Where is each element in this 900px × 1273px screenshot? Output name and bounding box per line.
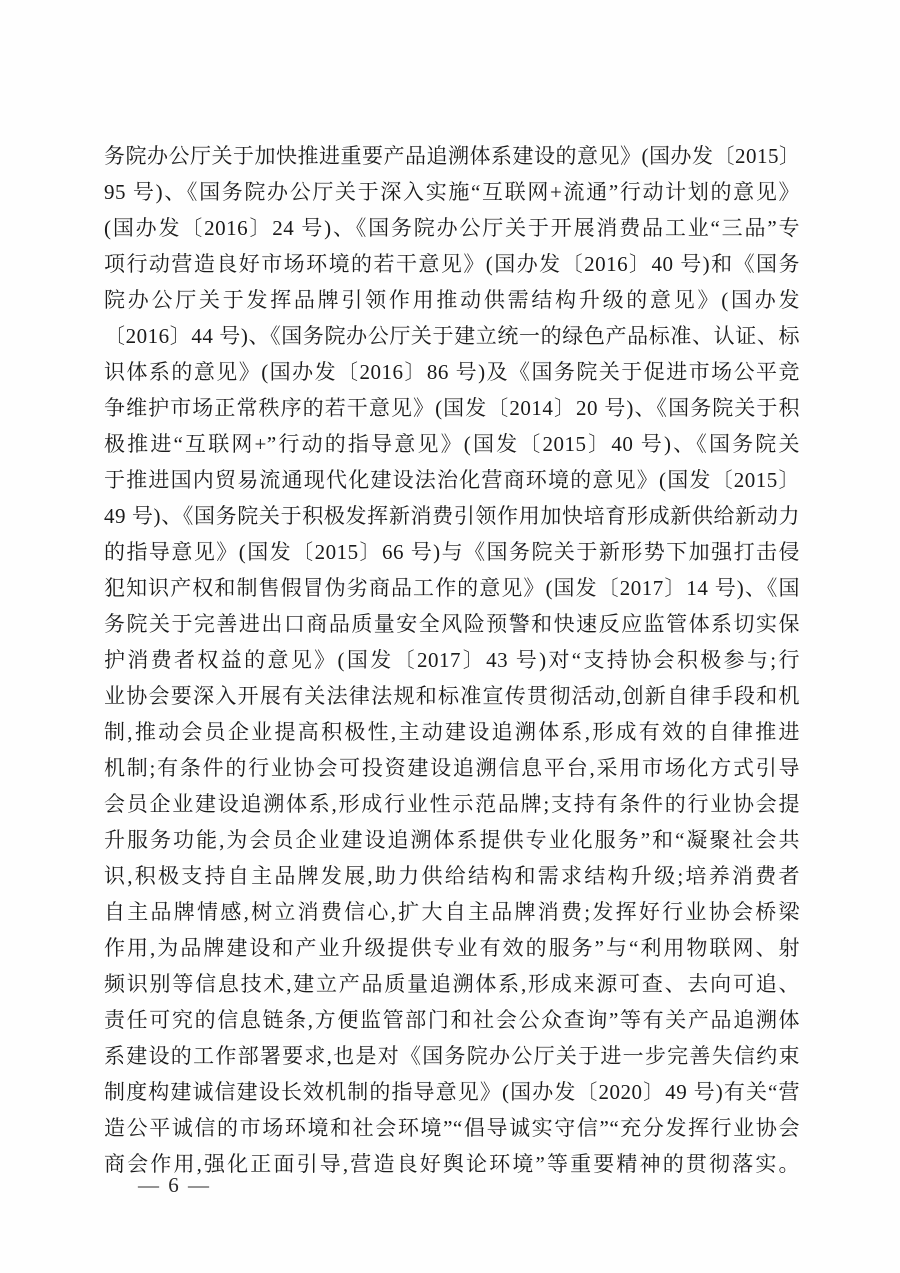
text-line: 频识别等信息技术,建立产品质量追溯体系,形成来源可查、去向可追、 xyxy=(104,966,800,1002)
text-line: 会员企业建设追溯体系,形成行业性示范品牌;支持有条件的行业协会提 xyxy=(104,786,800,822)
text-line: 项行动营造良好市场环境的若干意见》(国办发〔2016〕40 号)和《国务 xyxy=(104,246,800,282)
text-line: 务院关于完善进出口商品质量安全风险预警和快速反应监管体系切实保 xyxy=(104,606,800,642)
text-line: 犯知识产权和制售假冒伪劣商品工作的意见》(国发〔2017〕14 号)、《国 xyxy=(104,570,800,606)
text-line: 升服务功能,为会员企业建设追溯体系提供专业化服务”和“凝聚社会共 xyxy=(104,822,800,858)
text-line: 机制;有条件的行业协会可投资建设追溯信息平台,采用市场化方式引导 xyxy=(104,750,800,786)
text-line: 95 号)、《国务院办公厅关于深入实施“互联网+流通”行动计划的意见》 xyxy=(104,174,800,210)
body-text: 务院办公厅关于加快推进重要产品追溯体系建设的意见》(国办发〔2015〕 95 号… xyxy=(104,138,800,1182)
text-line: 于推进国内贸易流通现代化建设法治化营商环境的意见》(国发〔2015〕 xyxy=(104,462,800,498)
text-line: 的指导意见》(国发〔2015〕66 号)与《国务院关于新形势下加强打击侵 xyxy=(104,534,800,570)
text-line: 作用,为品牌建设和产业升级提供专业有效的服务”与“利用物联网、射 xyxy=(104,930,800,966)
text-line: 争维护市场正常秩序的若干意见》(国发〔2014〕20 号)、《国务院关于积 xyxy=(104,390,800,426)
text-line: 识体系的意见》(国办发〔2016〕86 号)及《国务院关于促进市场公平竞 xyxy=(104,354,800,390)
page-number: — 6 — xyxy=(138,1168,211,1202)
text-line: 责任可究的信息链条,方便监管部门和社会公众查询”等有关产品追溯体 xyxy=(104,1002,800,1038)
text-line: 造公平诚信的市场环境和社会环境”“倡导诚实守信”“充分发挥行业协会 xyxy=(104,1110,800,1146)
text-line: 极推进“互联网+”行动的指导意见》(国发〔2015〕40 号)、《国务院关 xyxy=(104,426,800,462)
text-line: 业协会要深入开展有关法律法规和标准宣传贯彻活动,创新自律手段和机 xyxy=(104,678,800,714)
text-line: 自主品牌情感,树立消费信心,扩大自主品牌消费;发挥好行业协会桥梁 xyxy=(104,894,800,930)
text-line: 识,积极支持自主品牌发展,助力供给结构和需求结构升级;培养消费者 xyxy=(104,858,800,894)
text-line: 制,推动会员企业提高积极性,主动建设追溯体系,形成有效的自律推进 xyxy=(104,714,800,750)
text-line: (国办发〔2016〕24 号)、《国务院办公厅关于开展消费品工业“三品”专 xyxy=(104,210,800,246)
text-line: 系建设的工作部署要求,也是对《国务院办公厅关于进一步完善失信约束 xyxy=(104,1038,800,1074)
text-line: 务院办公厅关于加快推进重要产品追溯体系建设的意见》(国办发〔2015〕 xyxy=(104,138,800,174)
text-line: 49 号)、《国务院关于积极发挥新消费引领作用加快培育形成新供给新动力 xyxy=(104,498,800,534)
text-line: 护消费者权益的意见》(国发〔2017〕43 号)对“支持协会积极参与;行 xyxy=(104,642,800,678)
document-page: 务院办公厅关于加快推进重要产品追溯体系建设的意见》(国办发〔2015〕 95 号… xyxy=(0,0,900,1273)
text-line: 〔2016〕44 号)、《国务院办公厅关于建立统一的绿色产品标准、认证、标 xyxy=(104,318,800,354)
text-line: 院办公厅关于发挥品牌引领作用推动供需结构升级的意见》(国办发 xyxy=(104,282,800,318)
text-line: 制度构建诚信建设长效机制的指导意见》(国办发〔2020〕49 号)有关“营 xyxy=(104,1074,800,1110)
